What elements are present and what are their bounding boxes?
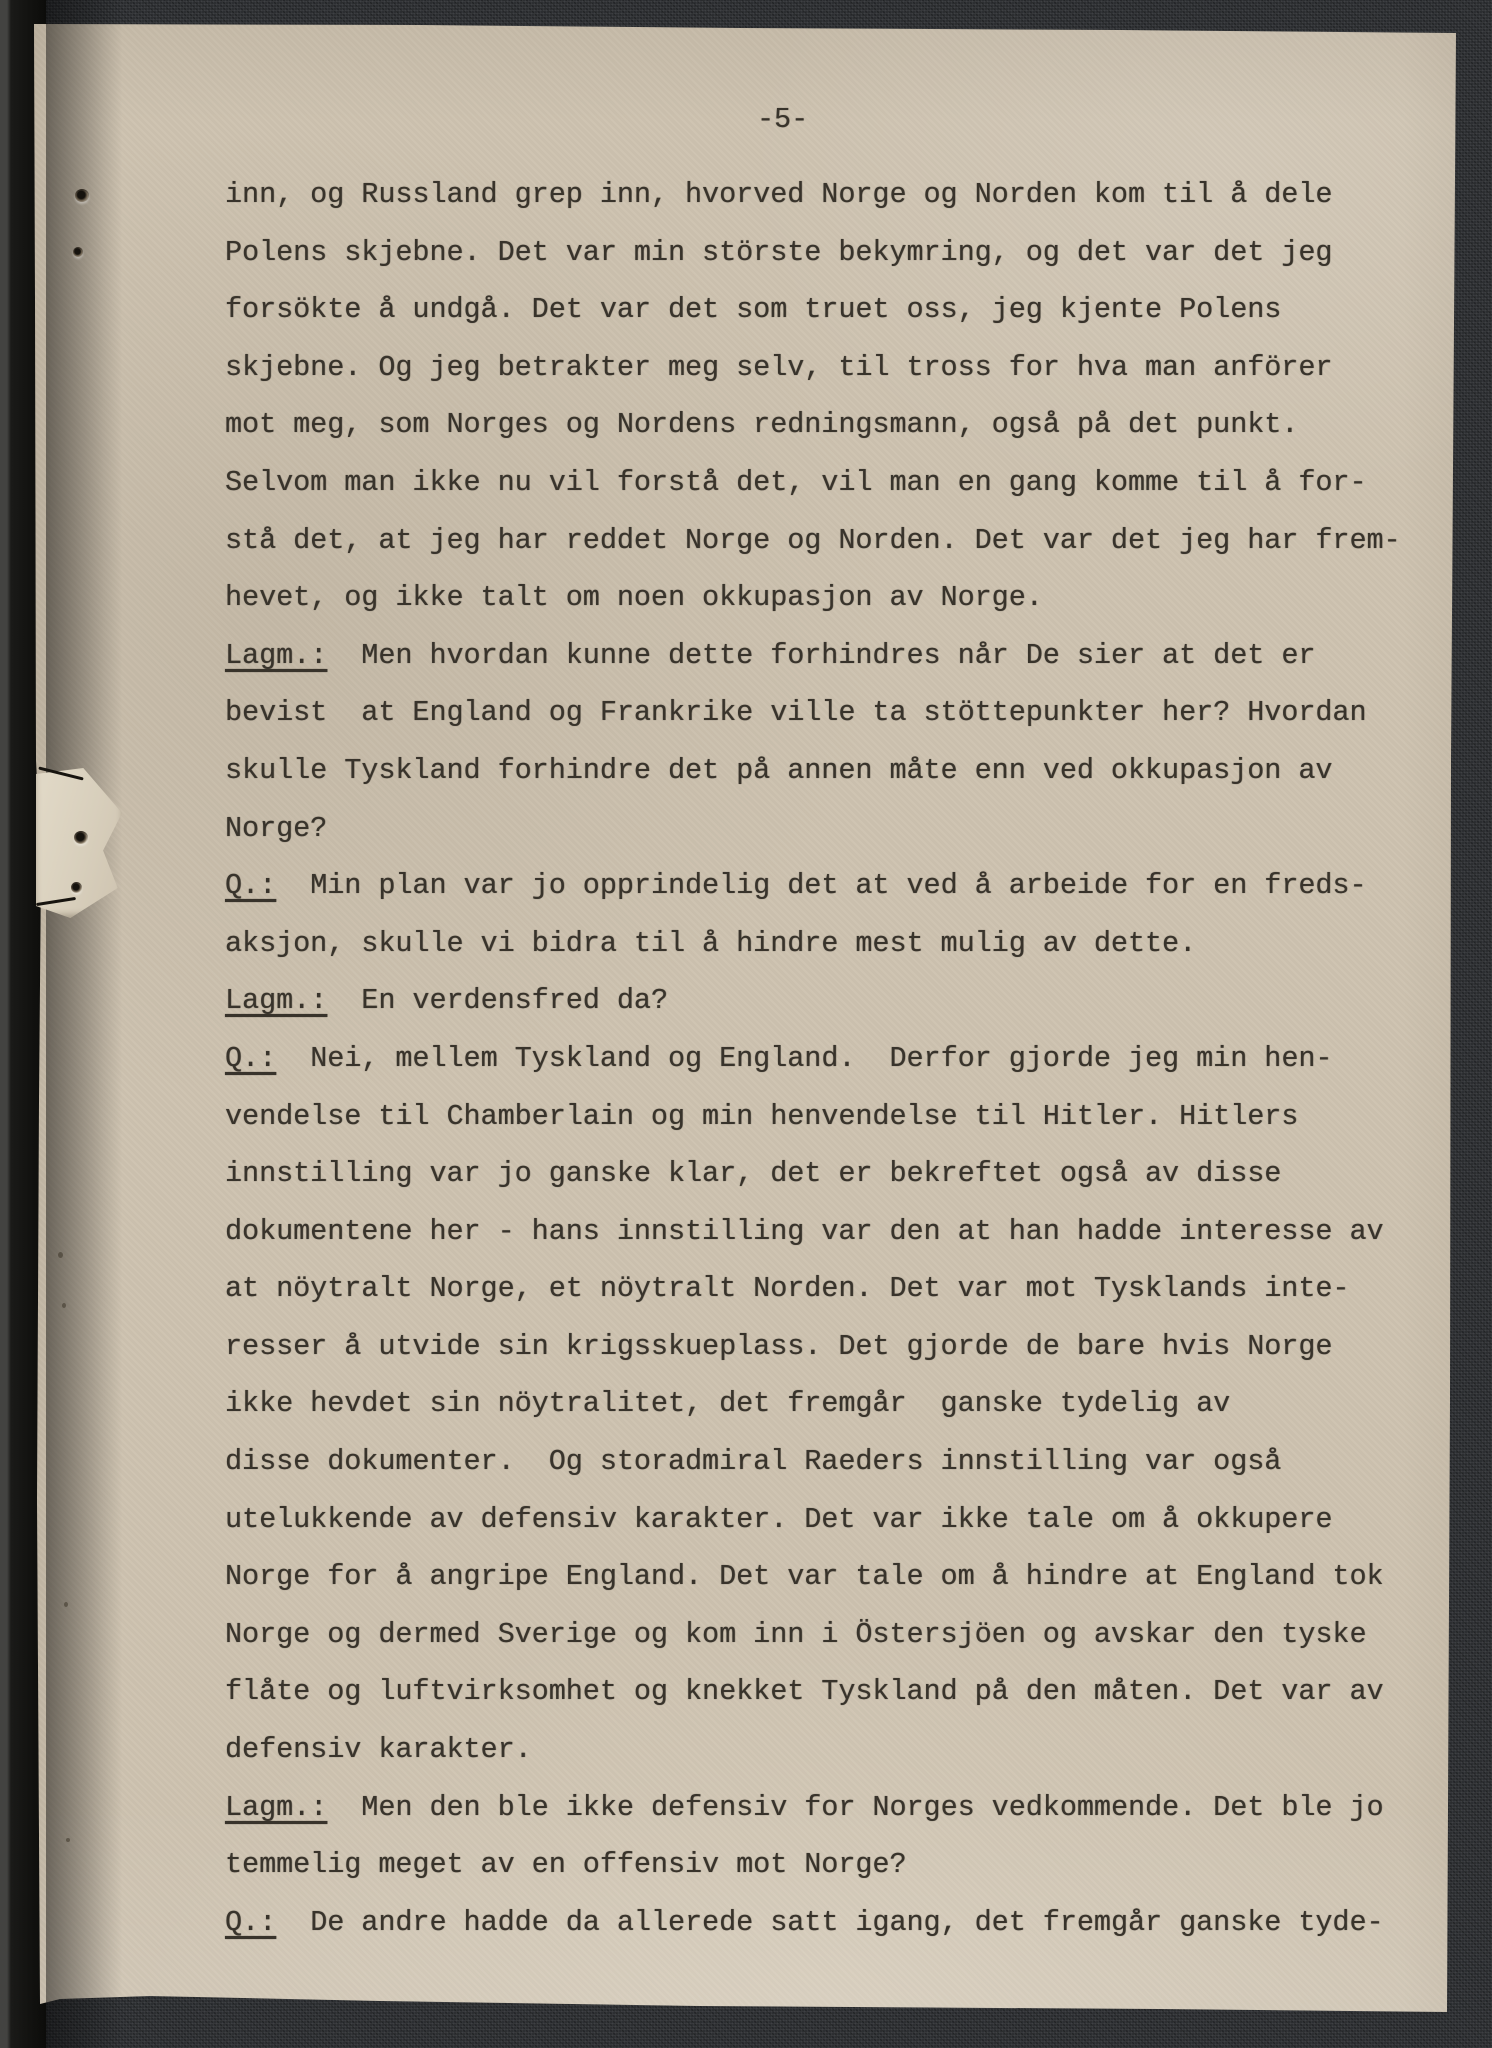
line-text: Norge for å angripe England. Det var tal…	[225, 1560, 1384, 1593]
line-text: disse dokumenter. Og storadmiral Raeders…	[225, 1445, 1281, 1478]
binding-shadow	[46, 0, 136, 2048]
text-line: Lagm.: En verdensfred da?	[225, 972, 1465, 1030]
speaker-label: Lagm.:	[225, 984, 327, 1017]
text-line: Lagm.: Men den ble ikke defensiv for Nor…	[225, 1779, 1465, 1837]
line-text: Norge og dermed Sverige og kom inn i Öst…	[225, 1618, 1367, 1651]
line-text: stå det, at jeg har reddet Norge og Nord…	[225, 524, 1401, 557]
text-line: Norge?	[225, 800, 1465, 858]
speaker-label: Q.:	[225, 1042, 276, 1075]
ink-speck	[66, 1838, 70, 1842]
text-line: skjebne. Og jeg betrakter meg selv, til …	[225, 339, 1465, 397]
line-text: Min plan var jo opprindelig det at ved å…	[276, 869, 1366, 902]
text-line: Lagm.: Men hvordan kunne dette forhindre…	[225, 627, 1465, 685]
text-line: Norge for å angripe England. Det var tal…	[225, 1548, 1465, 1606]
staple-hole	[73, 247, 83, 257]
line-text: defensiv karakter.	[225, 1733, 532, 1766]
line-text: Men den ble ikke defensiv for Norges ved…	[327, 1791, 1383, 1824]
text-line: at nöytralt Norge, et nöytralt Norden. D…	[225, 1260, 1465, 1318]
text-line: Selvom man ikke nu vil forstå det, vil m…	[225, 454, 1465, 512]
line-text: bevist at England og Frankrike ville ta …	[225, 696, 1367, 729]
line-text: inn, og Russland grep inn, hvorved Norge…	[225, 178, 1332, 211]
text-line: disse dokumenter. Og storadmiral Raeders…	[225, 1433, 1465, 1491]
ink-speck	[62, 1303, 66, 1308]
text-line: forsökte å undgå. Det var det som truet …	[225, 281, 1465, 339]
text-line: ikke hevdet sin nöytralitet, det fremgår…	[225, 1375, 1465, 1433]
ink-speck	[58, 1252, 63, 1258]
line-text: En verdensfred da?	[327, 984, 668, 1017]
text-line: Q.: Min plan var jo opprindelig det at v…	[225, 857, 1465, 915]
text-line: temmelig meget av en offensiv mot Norge?	[225, 1836, 1465, 1894]
text-line: skulle Tyskland forhindre det på annen m…	[225, 742, 1465, 800]
page-number: -5-	[757, 100, 808, 140]
text-line: vendelse til Chamberlain og min henvende…	[225, 1088, 1465, 1146]
line-text: skjebne. Og jeg betrakter meg selv, til …	[225, 351, 1332, 384]
line-text: Norge?	[225, 812, 327, 845]
line-text: aksjon, skulle vi bidra til å hindre mes…	[225, 927, 1196, 960]
text-line: resser å utvide sin krigsskueplass. Det …	[225, 1318, 1465, 1376]
line-text: skulle Tyskland forhindre det på annen m…	[225, 754, 1332, 787]
line-text: flåte og luftvirksomhet og knekket Tyskl…	[225, 1675, 1384, 1708]
line-text: Selvom man ikke nu vil forstå det, vil m…	[225, 466, 1367, 499]
text-line: stå det, at jeg har reddet Norge og Nord…	[225, 512, 1465, 570]
line-text: at nöytralt Norge, et nöytralt Norden. D…	[225, 1272, 1349, 1305]
text-line: Norge og dermed Sverige og kom inn i Öst…	[225, 1606, 1465, 1664]
line-text: innstilling var jo ganske klar, det er b…	[225, 1157, 1281, 1190]
line-text: temmelig meget av en offensiv mot Norge?	[225, 1848, 907, 1881]
line-text: forsökte å undgå. Det var det som truet …	[225, 293, 1281, 326]
line-text: vendelse til Chamberlain og min henvende…	[225, 1100, 1298, 1133]
speaker-label: Q.:	[225, 1906, 276, 1939]
line-text: Polens skjebne. Det var min störste beky…	[225, 236, 1332, 269]
text-line: mot meg, som Norges og Nordens redningsm…	[225, 396, 1465, 454]
speaker-label: Lagm.:	[225, 639, 327, 672]
staple-hole	[74, 831, 88, 844]
text-line: dokumentene her - hans innstilling var d…	[225, 1203, 1465, 1261]
text-line: bevist at England og Frankrike ville ta …	[225, 684, 1465, 742]
speaker-label: Q.:	[225, 869, 276, 902]
text-line: innstilling var jo ganske klar, det er b…	[225, 1145, 1465, 1203]
line-text: Men hvordan kunne dette forhindres når D…	[327, 639, 1315, 672]
text-line: aksjon, skulle vi bidra til å hindre mes…	[225, 915, 1465, 973]
staple-hole	[71, 882, 82, 893]
ink-speck	[64, 1602, 68, 1607]
line-text: Nei, mellem Tyskland og England. Derfor …	[276, 1042, 1332, 1075]
speaker-label: Lagm.:	[225, 1791, 327, 1824]
text-line: inn, og Russland grep inn, hvorved Norge…	[225, 166, 1465, 224]
line-text: De andre hadde da allerede satt igang, d…	[276, 1906, 1383, 1939]
text-line: utelukkende av defensiv karakter. Det va…	[225, 1491, 1465, 1549]
line-text: mot meg, som Norges og Nordens redningsm…	[225, 408, 1298, 441]
text-line: Q.: De andre hadde da allerede satt igan…	[225, 1894, 1465, 1952]
text-line: defensiv karakter.	[225, 1721, 1465, 1779]
line-text: dokumentene her - hans innstilling var d…	[225, 1215, 1384, 1248]
line-text: utelukkende av defensiv karakter. Det va…	[225, 1503, 1332, 1536]
text-line: Q.: Nei, mellem Tyskland og England. Der…	[225, 1030, 1465, 1088]
line-text: resser å utvide sin krigsskueplass. Det …	[225, 1330, 1332, 1363]
typewritten-text: inn, og Russland grep inn, hvorved Norge…	[225, 166, 1465, 1951]
text-line: flåte og luftvirksomhet og knekket Tyskl…	[225, 1663, 1465, 1721]
line-text: ikke hevdet sin nöytralitet, det fremgår…	[225, 1387, 1230, 1420]
text-line: hevet, og ikke talt om noen okkupasjon a…	[225, 569, 1465, 627]
staple-hole	[75, 189, 89, 202]
scanned-document-photo: -5- inn, og Russland grep inn, hvorved N…	[0, 0, 1492, 2048]
text-line: Polens skjebne. Det var min störste beky…	[225, 224, 1465, 282]
line-text: hevet, og ikke talt om noen okkupasjon a…	[225, 581, 1043, 614]
